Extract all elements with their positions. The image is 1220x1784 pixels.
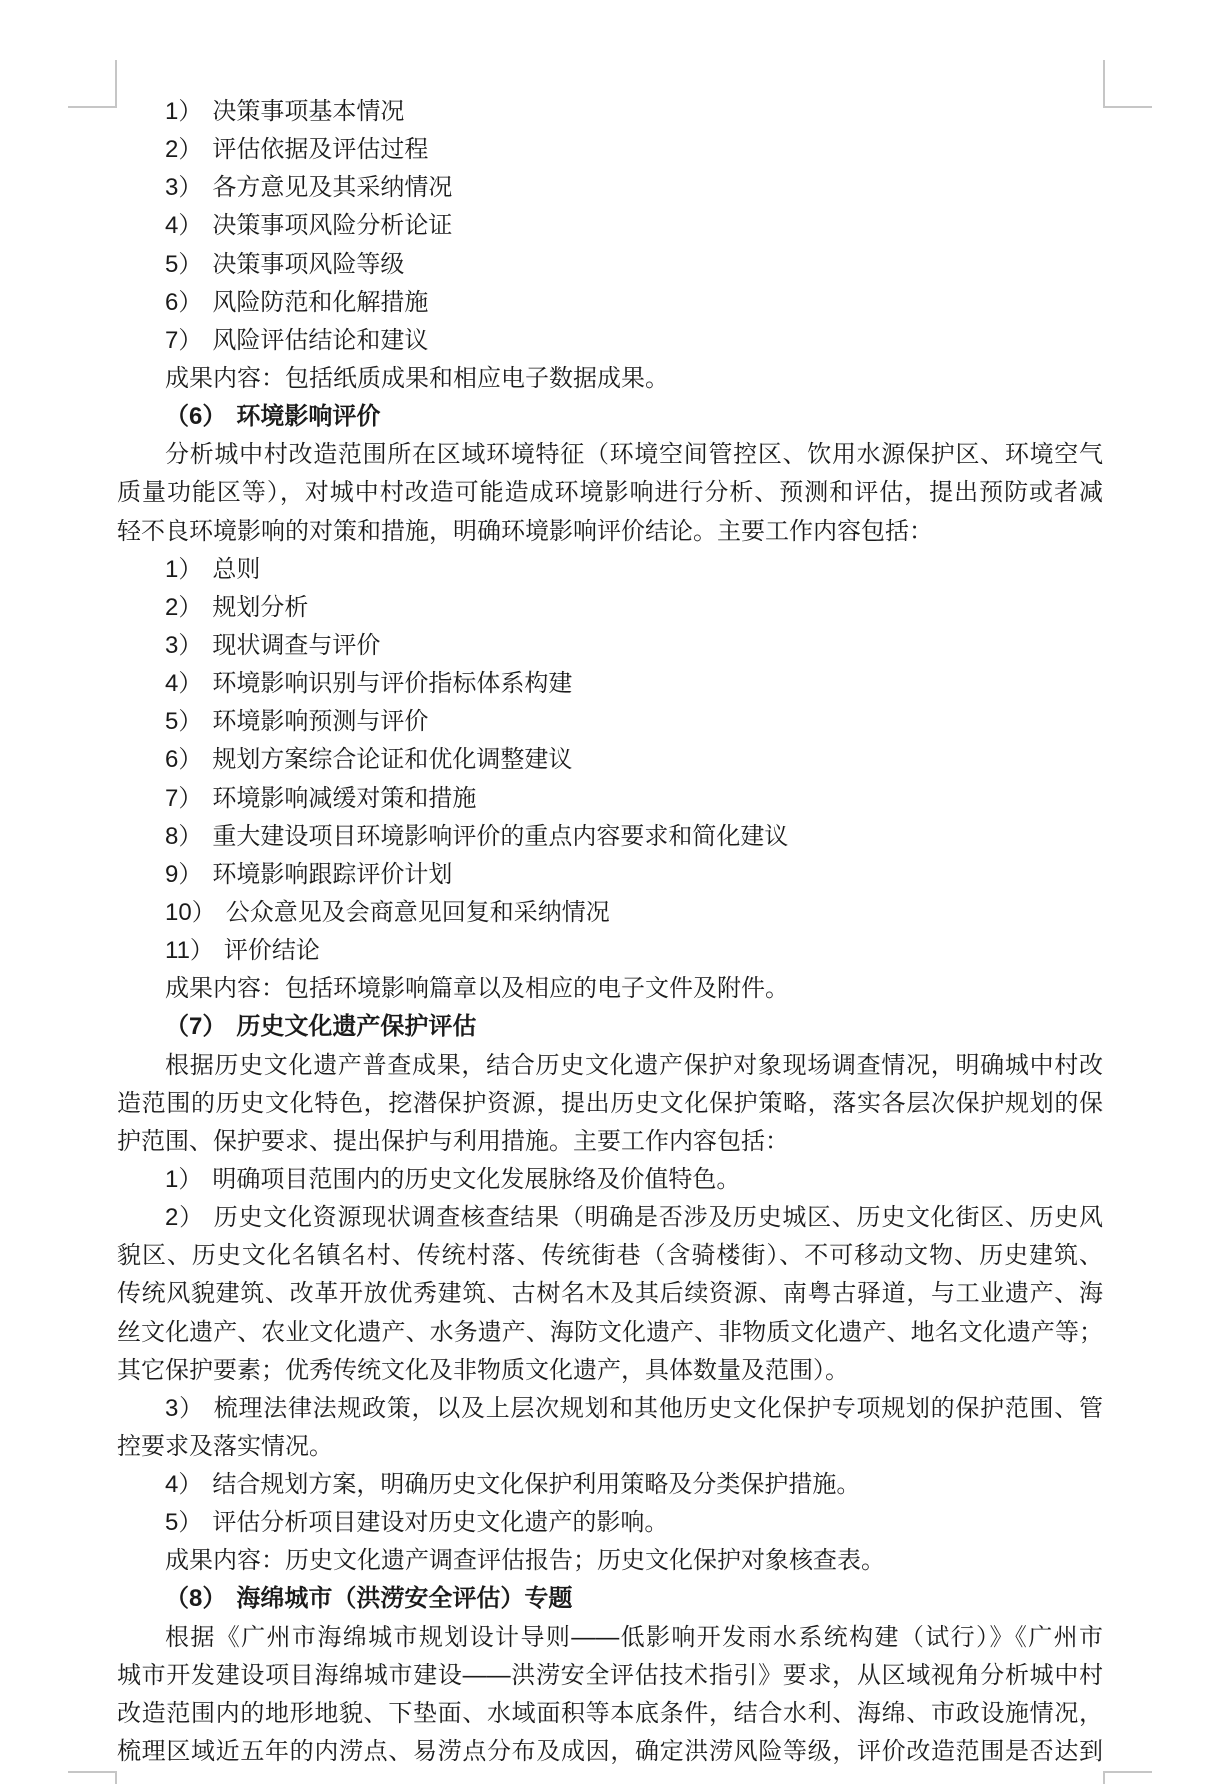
text-line: 造范围的历史文化特色，挖潜保护资源，提出历史文化保护策略，落实各层次保护规划的保 (117, 1085, 1103, 1123)
item-number: 5） (165, 1509, 202, 1536)
text-line: 根据历史文化遗产普查成果，结合历史文化遗产保护对象现场调查情况，明确城中村改 (117, 1047, 1103, 1085)
list-item-line: 1）明确项目范围内的历史文化发展脉络及价值特色。 (117, 1161, 1103, 1199)
item-number: 3） (165, 174, 202, 201)
line-text: 历史文化遗产保护评估 (236, 1013, 476, 1040)
margin-corner-mark-top-right-horizontal (1103, 106, 1152, 108)
line-text: 轻不良环境影响的对策和措施，明确环境影响评价结论。主要工作内容包括： (117, 518, 933, 545)
line-text: 成果内容：历史文化遗产调查评估报告；历史文化保护对象核查表。 (165, 1547, 885, 1574)
line-text: 根据《广州市海绵城市规划设计导则——低影响开发雨水系统构建（试行）》《广州市 (165, 1624, 1103, 1651)
line-text: 评价结论 (224, 937, 320, 964)
line-text: 重大建设项目环境影响评价的重点内容要求和简化建议 (212, 823, 788, 850)
item-number: 6） (165, 289, 202, 316)
item-number: 7） (165, 785, 202, 812)
line-text: 其它保护要素；优秀传统文化及非物质文化遗产，具体数量及范围）。 (117, 1357, 849, 1384)
text-line: 改造范围内的地形地貌、下垫面、水域面积等本底条件，结合水利、海绵、市政设施情况， (117, 1695, 1103, 1733)
item-number: 2） (165, 1204, 204, 1231)
line-text: 规划方案综合论证和优化调整建议 (212, 746, 572, 773)
margin-corner-mark-bottom-left-horizontal (68, 1771, 117, 1773)
line-text: 梳理区域近五年的内涝点、易涝点分布及成因，确定洪涝风险等级，评价改造范围是否达到 (117, 1738, 1103, 1765)
section-number: （7） (165, 1013, 226, 1040)
item-number: 5） (165, 708, 202, 735)
line-text: 公众意见及会商意见回复和采纳情况 (226, 899, 610, 926)
item-number: 10） (165, 899, 216, 926)
text-line: 成果内容：包括环境影响篇章以及相应的电子文件及附件。 (117, 970, 1103, 1008)
text-line: 护范围、保护要求、提出保护与利用措施。主要工作内容包括： (117, 1123, 1103, 1161)
margin-corner-mark-bottom-left-vertical (115, 1771, 117, 1784)
list-item-line: 3）梳理法律法规政策，以及上层次规划和其他历史文化保护专项规划的保护范围、管 (117, 1390, 1103, 1428)
item-number: 3） (165, 632, 202, 659)
line-text: 评估分析项目建设对历史文化遗产的影响。 (212, 1509, 668, 1536)
line-text: 环境影响跟踪评价计划 (212, 861, 452, 888)
item-number: 11） (165, 937, 214, 964)
line-text: 规划分析 (212, 594, 308, 621)
list-item-line: 1）总则 (117, 551, 1103, 589)
list-item-line: 3）各方意见及其采纳情况 (117, 169, 1103, 207)
text-line: 其它保护要素；优秀传统文化及非物质文化遗产，具体数量及范围）。 (117, 1352, 1103, 1390)
list-item-line: 1）决策事项基本情况 (117, 93, 1103, 131)
item-number: 2） (165, 136, 202, 163)
list-item-line: 8）重大建设项目环境影响评价的重点内容要求和简化建议 (117, 818, 1103, 856)
text-line: 轻不良环境影响的对策和措施，明确环境影响评价结论。主要工作内容包括： (117, 513, 1103, 551)
item-number: 1） (165, 556, 202, 583)
list-item-line: 5）决策事项风险等级 (117, 246, 1103, 284)
line-text: 历史文化资源现状调查核查结果（明确是否涉及历史城区、历史文化街区、历史风 (214, 1204, 1103, 1231)
list-item-line: 4）结合规划方案，明确历史文化保护利用策略及分类保护措施。 (117, 1466, 1103, 1504)
list-item-line: 7）风险评估结论和建议 (117, 322, 1103, 360)
line-text: 现状调查与评价 (212, 632, 380, 659)
list-item-line: 4）决策事项风险分析论证 (117, 207, 1103, 245)
item-number: 6） (165, 746, 202, 773)
line-text: 结合规划方案，明确历史文化保护利用策略及分类保护措施。 (212, 1471, 860, 1498)
text-line: 丝文化遗产、农业文化遗产、水务遗产、海防文化遗产、非物质文化遗产、地名文化遗产等… (117, 1314, 1103, 1352)
line-text: 护范围、保护要求、提出保护与利用措施。主要工作内容包括： (117, 1128, 789, 1155)
item-number: 4） (165, 670, 202, 697)
line-text: 成果内容：包括纸质成果和相应电子数据成果。 (165, 365, 669, 392)
line-text: 评估依据及评估过程 (212, 136, 428, 163)
margin-corner-mark-bottom-right-horizontal (1103, 1771, 1152, 1773)
section-number: （6） (165, 403, 226, 430)
line-text: 质量功能区等），对城中村改造可能造成环境影响进行分析、预测和评估，提出预防或者减 (117, 479, 1103, 506)
section-number: （8） (165, 1585, 226, 1612)
item-number: 1） (165, 1166, 202, 1193)
line-text: 环境影响减缓对策和措施 (212, 785, 476, 812)
line-text: 造范围的历史文化特色，挖潜保护资源，提出历史文化保护策略，落实各层次保护规划的保 (117, 1090, 1103, 1117)
item-number: 5） (165, 251, 202, 278)
margin-corner-mark-bottom-right-vertical (1103, 1771, 1105, 1784)
line-text: 梳理法律法规政策，以及上层次规划和其他历史文化保护专项规划的保护范围、管 (214, 1395, 1103, 1422)
line-text: 总则 (212, 556, 260, 583)
list-item-line: 5）环境影响预测与评价 (117, 703, 1103, 741)
item-number: 1） (165, 98, 202, 125)
item-number: 4） (165, 1471, 202, 1498)
list-item-line: 10）公众意见及会商意见回复和采纳情况 (117, 894, 1103, 932)
margin-corner-mark-top-left-horizontal (68, 106, 117, 108)
list-item-line: 5）评估分析项目建设对历史文化遗产的影响。 (117, 1504, 1103, 1542)
line-text: 决策事项风险分析论证 (212, 212, 452, 239)
item-number: 2） (165, 594, 202, 621)
text-line: 城市开发建设项目海绵城市建设——洪涝安全评估技术指引》要求，从区域视角分析城中村 (117, 1657, 1103, 1695)
list-item-line: 4）环境影响识别与评价指标体系构建 (117, 665, 1103, 703)
list-item-line: 2）历史文化资源现状调查核查结果（明确是否涉及历史城区、历史文化街区、历史风 (117, 1199, 1103, 1237)
line-text: 海绵城市（洪涝安全评估）专题 (236, 1585, 572, 1612)
item-number: 8） (165, 823, 202, 850)
line-text: 决策事项基本情况 (212, 98, 404, 125)
item-number: 9） (165, 861, 202, 888)
item-number: 7） (165, 327, 202, 354)
list-item-line: 6）规划方案综合论证和优化调整建议 (117, 741, 1103, 779)
line-text: 成果内容：包括环境影响篇章以及相应的电子文件及附件。 (165, 975, 789, 1002)
margin-corner-mark-top-right-vertical (1103, 60, 1105, 108)
text-line: 控要求及落实情况。 (117, 1428, 1103, 1466)
line-text: 控要求及落实情况。 (117, 1433, 333, 1460)
item-number: 4） (165, 212, 202, 239)
line-text: 环境影响识别与评价指标体系构建 (212, 670, 572, 697)
line-text: 各方意见及其采纳情况 (212, 174, 452, 201)
list-item-line: 7）环境影响减缓对策和措施 (117, 780, 1103, 818)
list-item-line: 3）现状调查与评价 (117, 627, 1103, 665)
line-text: 丝文化遗产、农业文化遗产、水务遗产、海防文化遗产、非物质文化遗产、地名文化遗产等… (117, 1319, 1103, 1346)
section-heading: （8）海绵城市（洪涝安全评估）专题 (117, 1580, 1103, 1618)
line-text: 风险防范和化解措施 (212, 289, 428, 316)
line-text: 环境影响评价 (236, 403, 380, 430)
text-line: 成果内容：包括纸质成果和相应电子数据成果。 (117, 360, 1103, 398)
text-line: 梳理区域近五年的内涝点、易涝点分布及成因，确定洪涝风险等级，评价改造范围是否达到 (117, 1733, 1103, 1771)
list-item-line: 6）风险防范和化解措施 (117, 284, 1103, 322)
list-item-line: 11）评价结论 (117, 932, 1103, 970)
line-text: 根据历史文化遗产普查成果，结合历史文化遗产保护对象现场调查情况，明确城中村改 (165, 1052, 1103, 1079)
section-heading: （6）环境影响评价 (117, 398, 1103, 436)
text-line: 成果内容：历史文化遗产调查评估报告；历史文化保护对象核查表。 (117, 1542, 1103, 1580)
section-heading: （7）历史文化遗产保护评估 (117, 1008, 1103, 1046)
line-text: 貌区、历史文化名镇名村、传统村落、传统街巷（含骑楼街）、不可移动文物、历史建筑、 (117, 1242, 1103, 1269)
text-line: 根据《广州市海绵城市规划设计导则——低影响开发雨水系统构建（试行）》《广州市 (117, 1619, 1103, 1657)
line-text: 风险评估结论和建议 (212, 327, 428, 354)
document-page: 1）决策事项基本情况2）评估依据及评估过程3）各方意见及其采纳情况4）决策事项风… (0, 0, 1220, 1784)
item-number: 3） (165, 1395, 204, 1422)
text-line: 传统风貌建筑、改革开放优秀建筑、古树名木及其后续资源、南粤古驿道，与工业遗产、海 (117, 1275, 1103, 1313)
line-text: 传统风貌建筑、改革开放优秀建筑、古树名木及其后续资源、南粤古驿道，与工业遗产、海 (117, 1280, 1103, 1307)
list-item-line: 9）环境影响跟踪评价计划 (117, 856, 1103, 894)
list-item-line: 2）评估依据及评估过程 (117, 131, 1103, 169)
line-text: 明确项目范围内的历史文化发展脉络及价值特色。 (212, 1166, 740, 1193)
line-text: 改造范围内的地形地貌、下垫面、水域面积等本底条件，结合水利、海绵、市政设施情况， (117, 1700, 1103, 1727)
line-text: 分析城中村改造范围所在区域环境特征（环境空间管控区、饮用水源保护区、环境空气 (165, 441, 1103, 468)
line-text: 决策事项风险等级 (212, 251, 404, 278)
text-line: 质量功能区等），对城中村改造可能造成环境影响进行分析、预测和评估，提出预防或者减 (117, 474, 1103, 512)
line-text: 环境影响预测与评价 (212, 708, 428, 735)
line-text: 城市开发建设项目海绵城市建设——洪涝安全评估技术指引》要求，从区域视角分析城中村 (117, 1662, 1103, 1689)
text-line: 分析城中村改造范围所在区域环境特征（环境空间管控区、饮用水源保护区、环境空气 (117, 436, 1103, 474)
text-block: 1）决策事项基本情况2）评估依据及评估过程3）各方意见及其采纳情况4）决策事项风… (117, 93, 1103, 1771)
text-line: 貌区、历史文化名镇名村、传统村落、传统街巷（含骑楼街）、不可移动文物、历史建筑、 (117, 1237, 1103, 1275)
list-item-line: 2）规划分析 (117, 589, 1103, 627)
